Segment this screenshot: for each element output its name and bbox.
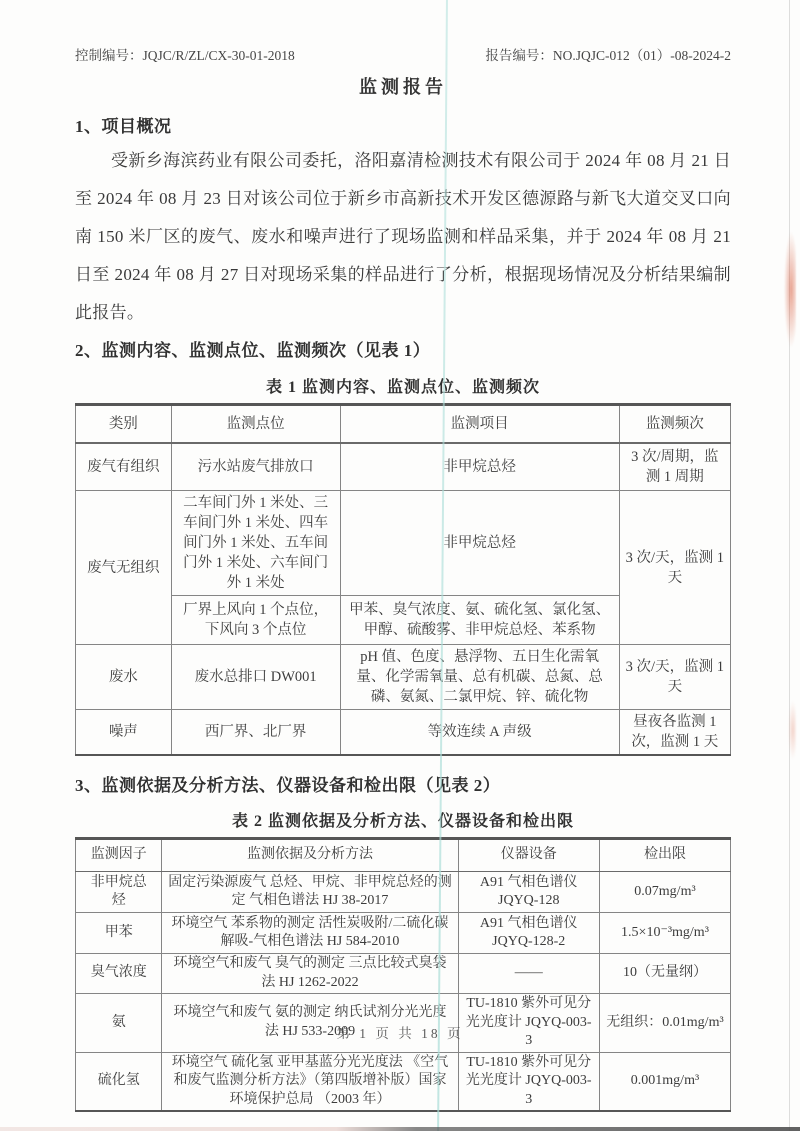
point-cell: 污水站废气排放口	[171, 443, 340, 491]
control-number: 控制编号：JQJC/R/ZL/CX-30-01-2018	[75, 44, 295, 64]
report-number-label: 报告编号：	[485, 48, 553, 63]
document-header: 控制编号：JQJC/R/ZL/CX-30-01-2018 报告编号：NO.JQJ…	[75, 0, 731, 64]
frequency-cell: 昼夜各监测 1 次，监测 1 天	[619, 710, 730, 756]
control-number-label: 控制编号：	[75, 48, 143, 63]
column-header-instrument: 仪器设备	[458, 839, 599, 872]
table-header-row: 监测因子 监测依据及分析方法 仪器设备 检出限	[76, 839, 731, 872]
items-cell: 非甲烷总烃	[340, 443, 619, 491]
report-number-value: NO.JQJC-012（01）-08-2024-2	[553, 48, 731, 63]
point-cell: 厂界上风向 1 个点位，下风向 3 个点位	[171, 596, 340, 645]
instrument-cell: A91 气相色谱仪 JQYQ-128	[458, 872, 599, 913]
method-cell: 环境空气和废气 臭气的测定 三点比较式臭袋法 HJ 1262-2022	[162, 954, 458, 994]
scan-page-edge	[789, 0, 790, 1131]
section-2-heading: 2、监测内容、监测点位、监测频次（见表 1）	[75, 336, 731, 361]
category-cell: 噪声	[76, 710, 172, 756]
factor-cell: 甲苯	[76, 913, 162, 954]
project-overview-paragraph: 受新乡海滨药业有限公司委托，洛阳嘉清检测技术有限公司于 2024 年 08 月 …	[75, 142, 731, 332]
page-number: 第 1 页 共 18 页	[0, 1022, 800, 1042]
scanned-report-page: 控制编号：JQJC/R/ZL/CX-30-01-2018 报告编号：NO.JQJ…	[0, 0, 800, 1131]
category-cell: 废水	[76, 645, 172, 710]
method-cell: 环境空气 硫化氢 亚甲基蓝分光光度法 《空气和废气监测分析方法》（第四版增补版）…	[162, 1052, 458, 1111]
table-header-row: 类别 监测点位 监测项目 监测频次	[76, 405, 731, 444]
items-cell: pH 值、色度、悬浮物、五日生化需氧量、化学需氧量、总有机碳、总氮、总磷、氨氮、…	[340, 645, 619, 710]
column-header-frequency: 监测频次	[619, 405, 730, 444]
instrument-cell: ——	[458, 954, 599, 994]
table-2-title: 表 2 监测依据及分析方法、仪器设备和检出限	[75, 808, 731, 831]
column-header-limit: 检出限	[599, 839, 730, 872]
point-cell: 西厂界、北厂界	[171, 710, 340, 756]
limit-cell: 0.001mg/m³	[599, 1052, 730, 1111]
method-cell: 环境空气 苯系物的测定 活性炭吸附/二硫化碳解吸-气相色谱法 HJ 584-20…	[162, 913, 458, 954]
red-stamp-bleed	[784, 232, 796, 347]
column-header-category: 类别	[76, 405, 172, 444]
monitoring-content-table: 类别 监测点位 监测项目 监测频次 废气有组织 污水站废气排放口 非甲烷总烃 3…	[75, 403, 731, 756]
limit-cell: 10（无量纲）	[599, 954, 730, 994]
method-detection-table: 监测因子 监测依据及分析方法 仪器设备 检出限 非甲烷总烃 固定污染源废气 总烃…	[75, 837, 731, 1112]
method-cell: 固定污染源废气 总烃、甲烷、非甲烷总烃的测定 气相色谱法 HJ 38-2017	[162, 872, 458, 913]
column-header-point: 监测点位	[171, 405, 340, 444]
factor-cell: 硫化氢	[76, 1052, 162, 1111]
frequency-cell: 3 次/周期，监测 1 周期	[619, 443, 730, 491]
category-cell: 废气无组织	[76, 491, 172, 645]
instrument-cell: A91 气相色谱仪 JQYQ-128-2	[458, 913, 599, 954]
page-content: 控制编号：JQJC/R/ZL/CX-30-01-2018 报告编号：NO.JQJ…	[75, 0, 731, 1112]
section-3-heading: 3、监测依据及分析方法、仪器设备和检出限（见表 2）	[75, 771, 731, 796]
table-row: 废气有组织 污水站废气排放口 非甲烷总烃 3 次/周期，监测 1 周期	[76, 443, 731, 491]
column-header-items: 监测项目	[340, 405, 619, 444]
control-number-value: JQJC/R/ZL/CX-30-01-2018	[143, 48, 295, 63]
table-row: 废水 废水总排口 DW001 pH 值、色度、悬浮物、五日生化需氧量、化学需氧量…	[76, 645, 731, 710]
factor-cell: 臭气浓度	[76, 954, 162, 994]
point-cell: 废水总排口 DW001	[171, 645, 340, 710]
limit-cell: 0.07mg/m³	[599, 872, 730, 913]
column-header-factor: 监测因子	[76, 839, 162, 872]
table-row: 甲苯 环境空气 苯系物的测定 活性炭吸附/二硫化碳解吸-气相色谱法 HJ 584…	[76, 913, 731, 954]
table-row: 废气无组织 二车间门外 1 米处、三车间门外 1 米处、四车间门外 1 米处、五…	[76, 491, 731, 596]
items-cell: 甲苯、臭气浓度、氨、硫化氢、氯化氢、甲醇、硫酸雾、非甲烷总烃、苯系物	[340, 596, 619, 645]
instrument-cell: TU-1810 紫外可见分光光度计 JQYQ-003-3	[458, 1052, 599, 1111]
category-cell: 废气有组织	[76, 443, 172, 491]
column-header-method: 监测依据及分析方法	[162, 839, 458, 872]
factor-cell: 非甲烷总烃	[76, 872, 162, 913]
point-cell: 二车间门外 1 米处、三车间门外 1 米处、四车间门外 1 米处、五车间门外 1…	[171, 491, 340, 596]
table-row: 噪声 西厂界、北厂界 等效连续 A 声级 昼夜各监测 1 次，监测 1 天	[76, 710, 731, 756]
scan-bottom-edge	[0, 1127, 800, 1131]
section-1-heading: 1、项目概况	[75, 112, 731, 137]
frequency-cell: 3 次/天，监测 1 天	[619, 491, 730, 645]
document-title: 监测报告	[75, 73, 731, 99]
report-number: 报告编号：NO.JQJC-012（01）-08-2024-2	[485, 44, 731, 64]
frequency-cell: 3 次/天，监测 1 天	[619, 645, 730, 710]
table-row: 硫化氢 环境空气 硫化氢 亚甲基蓝分光光度法 《空气和废气监测分析方法》（第四版…	[76, 1052, 731, 1111]
limit-cell: 1.5×10⁻³mg/m³	[599, 913, 730, 954]
items-cell: 等效连续 A 声级	[340, 710, 619, 756]
red-stamp-bleed-small	[788, 700, 796, 760]
table-1-title: 表 1 监测内容、监测点位、监测频次	[75, 374, 731, 397]
table-row: 臭气浓度 环境空气和废气 臭气的测定 三点比较式臭袋法 HJ 1262-2022…	[76, 954, 731, 994]
items-cell: 非甲烷总烃	[340, 491, 619, 596]
table-row: 非甲烷总烃 固定污染源废气 总烃、甲烷、非甲烷总烃的测定 气相色谱法 HJ 38…	[76, 872, 731, 913]
